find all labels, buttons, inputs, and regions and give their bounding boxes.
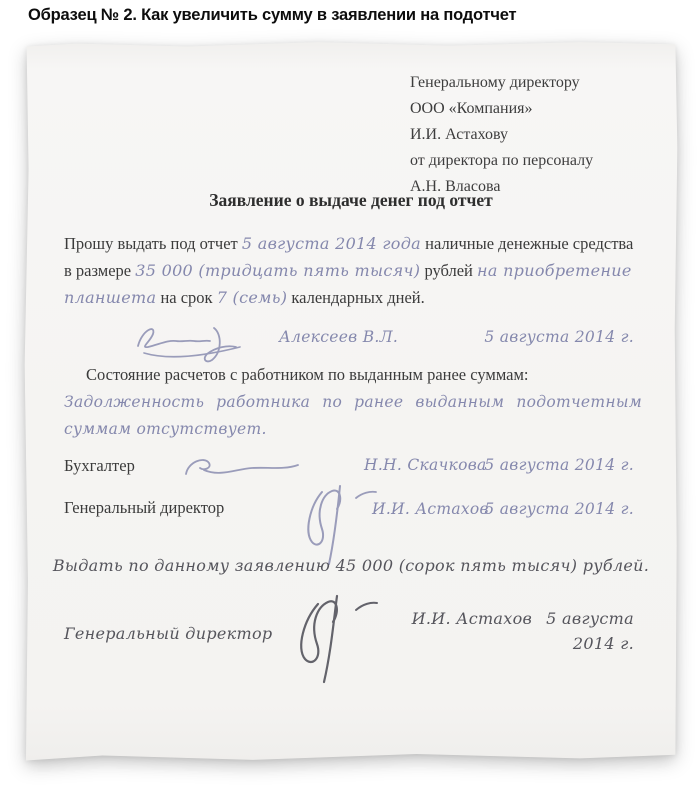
final-approval-row: Генеральный директор И.И. Астахов5 авгус…	[24, 592, 678, 722]
addressee-line: от директора по персоналу	[410, 148, 593, 174]
typed-text: на срок	[156, 288, 216, 307]
addressee-line: Генеральному директору	[410, 70, 593, 96]
final-approval-date-line1: 5 августа	[546, 609, 634, 628]
handwritten-text: 7 (семь)	[217, 288, 288, 307]
typed-text: рублей	[420, 261, 477, 280]
applicant-name: Алексеев В.Л.	[279, 328, 398, 346]
settlement-value: Задолженность работника по ранее выданны…	[64, 389, 642, 443]
typed-text: Прошу выдать под отчет	[64, 234, 242, 253]
resolution-line: Выдать по данному заявлению 45 000 (соро…	[24, 556, 678, 575]
settlement-label: Состояние расчетов с работником по выдан…	[64, 365, 642, 385]
final-approval-date-line2: 2014 г.	[412, 631, 634, 656]
approval-date: 5 августа 2014 г.	[484, 456, 634, 474]
approval-name: И.И. Астахов	[372, 500, 489, 518]
final-approval-role: Генеральный директор	[64, 624, 272, 643]
final-approval-sign-block: И.И. Астахов5 августа 2014 г.	[412, 606, 634, 656]
addressee-line: И.И. Астахову	[410, 122, 593, 148]
document-paper: Генеральному директору ООО «Компания» И.…	[24, 40, 678, 762]
paper-sheet: Генеральному директору ООО «Компания» И.…	[24, 40, 678, 762]
approval-date: 5 августа 2014 г.	[484, 500, 634, 518]
handwritten-text: 5 августа 2014 года	[242, 234, 421, 253]
approval-role: Бухгалтер	[64, 456, 135, 476]
addressee-block: Генеральному директору ООО «Компания» И.…	[410, 70, 593, 200]
final-approval-name: И.И. Астахов	[412, 609, 533, 628]
applicant-date: 5 августа 2014 г.	[484, 328, 634, 346]
signature-director-final-icon	[276, 588, 401, 688]
page-title: Образец № 2. Как увеличить сумму в заявл…	[28, 6, 668, 25]
approval-role: Генеральный директор	[64, 498, 224, 518]
document-heading: Заявление о выдаче денег под отчет	[24, 190, 678, 211]
typed-text: календарных дней.	[287, 288, 425, 307]
addressee-line: ООО «Компания»	[410, 96, 593, 122]
signature-applicant-icon	[124, 316, 254, 372]
approval-name: Н.Н. Скачкова	[364, 456, 487, 474]
request-paragraph: Прошу выдать под отчет 5 августа 2014 го…	[64, 230, 642, 311]
approval-row-director: Генеральный директор И.И. Астахов 5 авгу…	[24, 490, 678, 550]
handwritten-text: 35 000 (тридцать пять тысяч)	[135, 261, 420, 280]
